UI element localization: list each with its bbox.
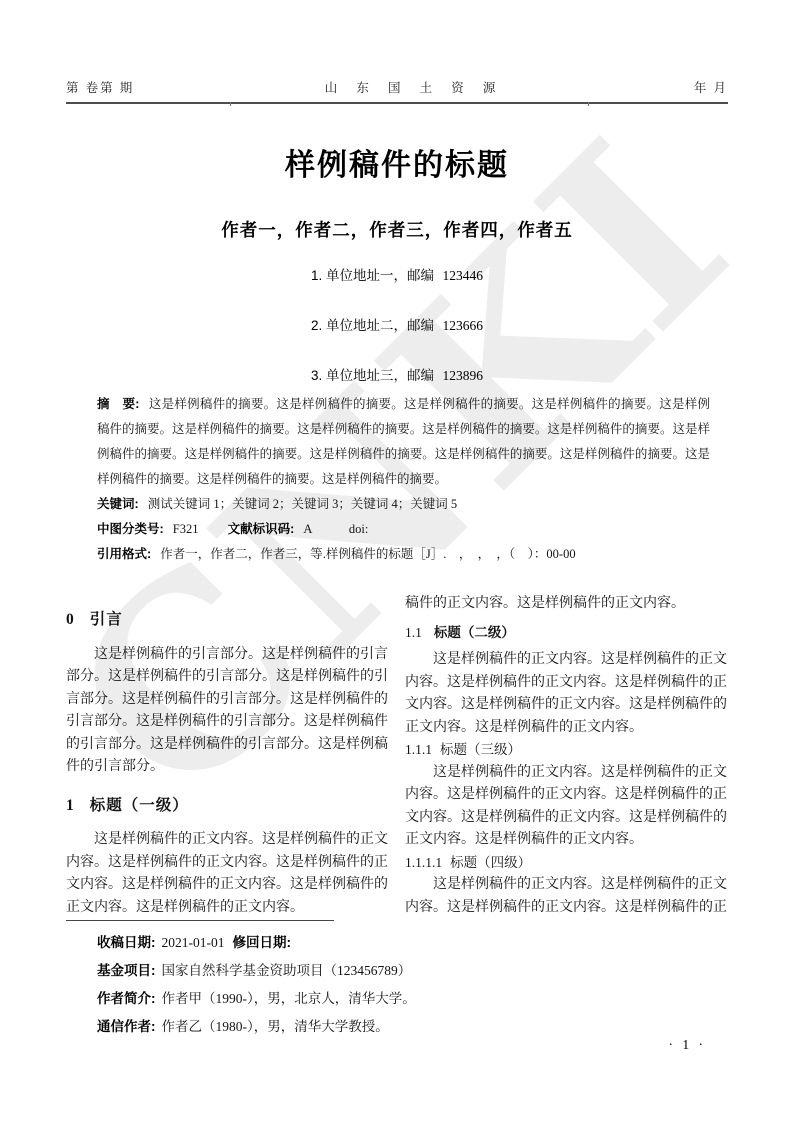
- heading-number: 1.1: [405, 625, 422, 640]
- affiliation-item: 3. 单位地址三，邮编 123896: [0, 364, 794, 384]
- meta-block: 摘 要: 这是样例稿件的摘要。这是样例稿件的摘要。这是样例稿件的摘要。这是样例稿…: [97, 392, 710, 567]
- heading-text: 标题（二级）: [434, 625, 515, 640]
- corr-value: 作者乙（1980-），男，清华大学教授。: [162, 1019, 389, 1034]
- affiliation-zip: 123896: [442, 368, 483, 383]
- section-heading-1-1-1-1: 1.1.1.1标题（四级）: [405, 852, 727, 875]
- citation-label: 引用格式:: [97, 547, 151, 561]
- document-page: CNKI 第 卷第 期 山 东 国 土 资 源 年 月 样例稿件的标题 作者一，…: [0, 0, 794, 1123]
- heading-number: 1: [66, 797, 74, 814]
- author-bio-line: 作者简介:作者甲（1990-），男，北京人，清华大学。: [97, 985, 496, 1013]
- heading-number: 0: [66, 611, 74, 628]
- clc-label: 中图分类号:: [97, 522, 164, 536]
- bio-value: 作者甲（1990-），男，北京人，清华大学。: [162, 991, 416, 1006]
- citation-line: 引用格式: 作者一，作者二，作者三，等.样例稿件的标题［J］. ， ， ，（ ）…: [97, 542, 710, 567]
- received-value: 2021-01-01: [162, 935, 225, 950]
- doc-code-value: A: [303, 522, 311, 536]
- issue-field: 第 卷第 期: [66, 78, 134, 96]
- abstract-text: 这是样例稿件的摘要。这是样例稿件的摘要。这是样例稿件的摘要。这是样例稿件的摘要。…: [97, 397, 710, 486]
- abstract-label: 摘 要:: [97, 397, 139, 411]
- section-heading-1-1: 1.1标题（二级）: [405, 622, 727, 645]
- affiliation-text: 3. 单位地址三，邮编: [311, 368, 434, 383]
- body-paragraph-continuation: 稿件的正文内容。这是样例稿件的正文内容。: [405, 593, 727, 616]
- clc-value: F321: [173, 522, 199, 536]
- revised-label: 修回日期:: [233, 935, 292, 950]
- keywords-label: 关键词:: [97, 497, 139, 511]
- corresponding-author-line: 通信作者:作者乙（1980-），男，清华大学教授。: [97, 1013, 496, 1041]
- body-columns: 0引言 这是样例稿件的引言部分。这是样例稿件的引言部分。这是样例稿件的引言部分。…: [66, 593, 727, 917]
- affiliation-zip: 123446: [442, 268, 483, 283]
- body-paragraph: 这是样例稿件的正文内容。这是样例稿件的正文内容。这是样例稿件的正文内容。这是样例…: [405, 649, 727, 739]
- fund-line: 基金项目:国家自然科学基金资助项目（123456789）: [97, 957, 496, 985]
- section-heading-1-1-1: 1.1.1标题（三级）: [405, 739, 727, 762]
- heading-text: 引言: [90, 611, 123, 628]
- section-heading-1: 1标题（一级）: [66, 795, 388, 818]
- citation-text: 作者一，作者二，作者三，等.样例稿件的标题［J］. ， ， ，（ ）：00-00: [160, 547, 575, 561]
- affiliation-item: 1. 单位地址一，邮编 123446: [0, 264, 794, 284]
- header-divider-tick: [230, 102, 231, 106]
- affiliation-item: 2. 单位地址二，邮编 123666: [0, 314, 794, 334]
- right-column: 稿件的正文内容。这是样例稿件的正文内容。 1.1标题（二级） 这是样例稿件的正文…: [405, 593, 727, 917]
- footnote-lines: 收稿日期:2021-01-01修回日期: 基金项目:国家自然科学基金资助项目（1…: [66, 921, 496, 1041]
- doi-label: doi:: [349, 522, 368, 536]
- section-heading-intro: 0引言: [66, 609, 388, 632]
- body-paragraph: 这是样例稿件的正文内容。这是样例稿件的正文内容。这是样例稿件的正文内容。这是样例…: [66, 829, 388, 917]
- article-title: 样例稿件的标题: [0, 140, 794, 184]
- doc-code-label: 文献标识码:: [228, 522, 295, 536]
- heading-number: 1.1.1.1: [405, 855, 442, 870]
- left-column: 0引言 这是样例稿件的引言部分。这是样例稿件的引言部分。这是样例稿件的引言部分。…: [66, 593, 388, 917]
- corr-label: 通信作者:: [97, 1019, 156, 1034]
- heading-text: 标题（三级）: [440, 742, 521, 757]
- page-number: · 1 ·: [669, 1037, 707, 1053]
- header-divider-tick: [588, 102, 589, 106]
- fund-value: 国家自然科学基金资助项目（123456789）: [162, 963, 412, 978]
- received-date-line: 收稿日期:2021-01-01修回日期:: [97, 929, 496, 957]
- author-list: 作者一，作者二，作者三，作者四，作者五: [0, 217, 794, 242]
- heading-text: 标题（四级）: [450, 855, 531, 870]
- heading-number: 1.1.1: [405, 742, 432, 757]
- affiliation-zip: 123666: [442, 318, 483, 333]
- journal-name: 山 东 国 土 资 源: [325, 78, 504, 96]
- fund-label: 基金项目:: [97, 963, 156, 978]
- body-paragraph: 这是样例稿件的正文内容。这是样例稿件的正文内容。这是样例稿件的正文内容。这是样例…: [405, 874, 727, 917]
- abstract-paragraph: 摘 要: 这是样例稿件的摘要。这是样例稿件的摘要。这是样例稿件的摘要。这是样例稿…: [97, 392, 710, 492]
- heading-text: 标题（一级）: [90, 797, 189, 814]
- keywords-line: 关键词: 测试关键词 1；关键词 2；关键词 3；关键词 4；关键词 5: [97, 492, 710, 517]
- received-label: 收稿日期:: [97, 935, 156, 950]
- keywords-text: 测试关键词 1；关键词 2；关键词 3；关键词 4；关键词 5: [148, 497, 457, 511]
- date-field: 年 月: [694, 78, 728, 96]
- first-page-footnote: 收稿日期:2021-01-01修回日期: 基金项目:国家自然科学基金资助项目（1…: [66, 920, 496, 1041]
- body-paragraph: 这是样例稿件的正文内容。这是样例稿件的正文内容。这是样例稿件的正文内容。这是样例…: [405, 762, 727, 852]
- running-head: 第 卷第 期 山 东 国 土 资 源 年 月: [66, 78, 728, 104]
- classification-line: 中图分类号: F321 文献标识码: A doi:: [97, 517, 710, 542]
- affiliation-text: 1. 单位地址一，邮编: [311, 268, 434, 283]
- bio-label: 作者简介:: [97, 991, 156, 1006]
- intro-paragraph: 这是样例稿件的引言部分。这是样例稿件的引言部分。这是样例稿件的引言部分。这是样例…: [66, 644, 388, 779]
- affiliation-text: 2. 单位地址二，邮编: [311, 318, 434, 333]
